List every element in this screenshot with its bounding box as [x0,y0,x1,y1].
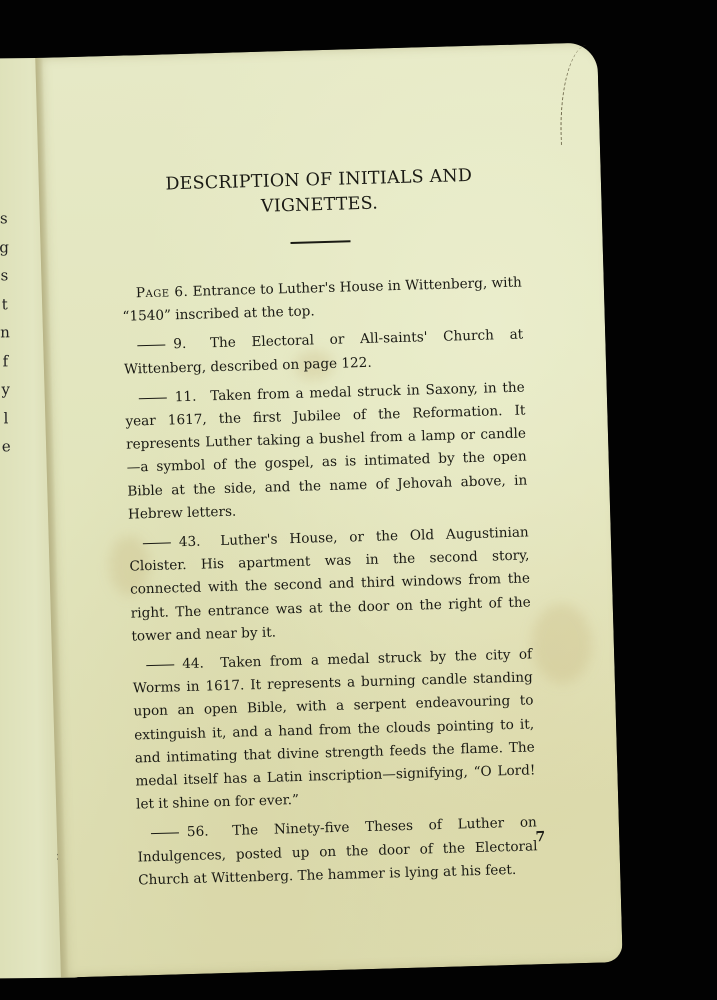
ditto-dash [151,833,179,835]
ditto-dash [139,397,167,399]
edge-char: t [0,290,10,319]
edge-char: e [1,432,11,461]
dog-ear-corner-fold [558,44,598,145]
paper-stain [531,603,593,685]
book-page: DESCRIPTION OF INITIALS AND VIGNETTES. P… [35,42,622,977]
entry-page-11: 11. Taken from a medal struck in Saxony,… [124,376,528,526]
entry-page-44: 44. Taken from a medal struck by the cit… [132,643,536,817]
entry-number: 44. [182,656,204,673]
title-line-2: VIGNETTES. [261,194,379,217]
entry-page-9: 9. The Electoral or All-saints' Church a… [123,324,524,382]
entry-text: The Electoral or All-saints' Church at W… [124,327,524,377]
edge-char: s [0,261,10,290]
page-content: DESCRIPTION OF INITIALS AND VIGNETTES. P… [119,163,539,899]
ditto-dash [146,664,174,666]
entry-page-6: Page 6. Entrance to Luther's House in Wi… [122,272,523,330]
ditto-dash [143,542,171,544]
edge-char: g [0,233,9,262]
title-line-1: DESCRIPTION OF INITIALS AND [165,166,472,195]
edge-char: f [0,347,10,376]
entry-lead: Page 6. [136,284,189,301]
entry-number: 43. [179,534,201,551]
page-number: 7 [535,829,545,845]
page-title: DESCRIPTION OF INITIALS AND VIGNETTES. [119,163,520,224]
edge-char: s [0,204,9,233]
entry-number: 9. [173,336,186,352]
left-page-edge-text: s g s t n f y l e [0,204,11,461]
entry-number: 11. [175,388,197,405]
entry-page-43: 43. Luther's House, or the Old Augustini… [129,521,532,648]
entry-page-56: 56. The Ninety-five Theses of Luther on … [137,812,539,893]
entry-number: 56. [187,824,209,841]
title-rule [291,240,351,244]
ditto-dash [137,345,165,347]
photo-stage: s g s t n f y l e : DESCRIPTION OF INITI… [0,0,717,1000]
edge-char: l [1,404,11,433]
edge-char: n [0,318,10,347]
edge-char: y [1,375,11,404]
